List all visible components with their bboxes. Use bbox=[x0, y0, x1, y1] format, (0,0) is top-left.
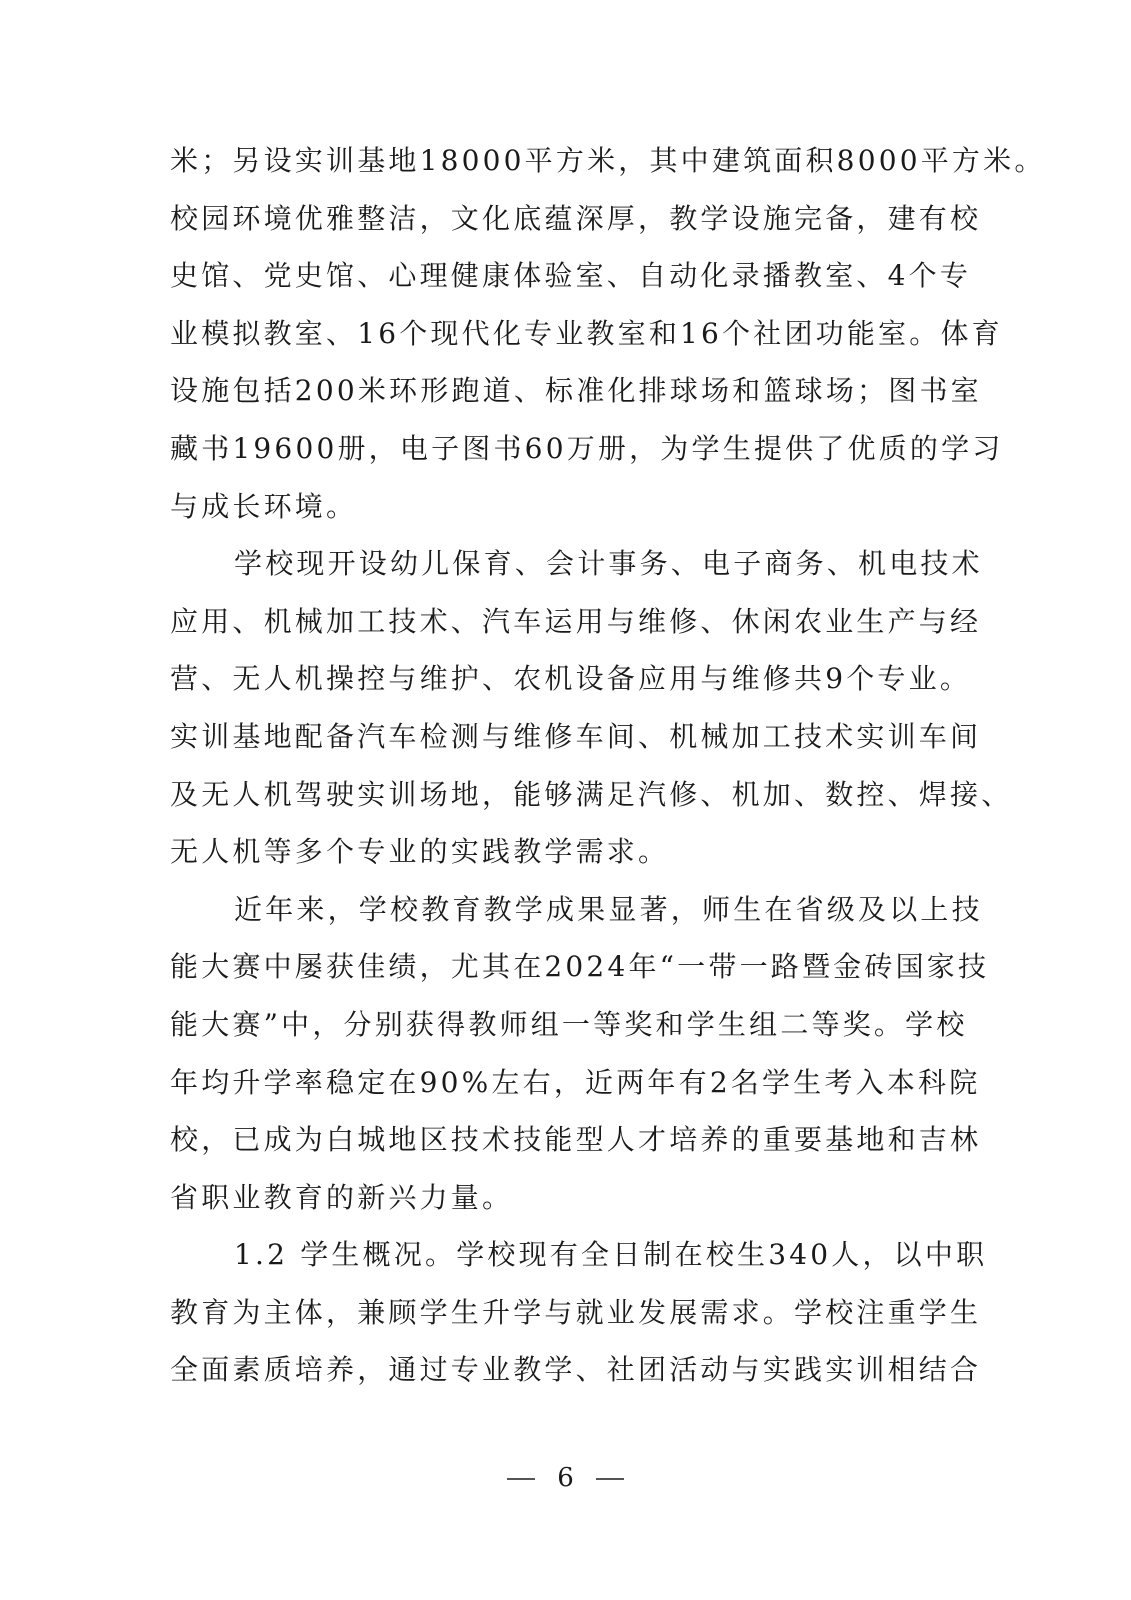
dash-right-icon bbox=[596, 1478, 624, 1480]
text-line: 年均升学率稳定在90%左右，近两年有2名学生考入本科院 bbox=[170, 1054, 942, 1112]
text-line: 史馆、党史馆、心理健康体验室、自动化录播教室、4个专 bbox=[170, 247, 942, 305]
text-line: 校，已成为白城地区技术技能型人才培养的重要基地和吉林 bbox=[170, 1111, 942, 1169]
text-line: 业模拟教室、16个现代化专业教室和16个社团功能室。体育 bbox=[170, 305, 942, 363]
text-line: 能大赛”中，分别获得教师组一等奖和学生组二等奖。学校 bbox=[170, 996, 942, 1054]
text-line: 省职业教育的新兴力量。 bbox=[170, 1169, 942, 1227]
text-line: 设施包括200米环形跑道、标准化排球场和篮球场；图书室 bbox=[170, 362, 942, 420]
dash-left-icon bbox=[507, 1478, 535, 1480]
page-number: 6 bbox=[557, 1463, 574, 1493]
text-line: 应用、机械加工技术、汽车运用与维修、休闲农业生产与经 bbox=[170, 593, 942, 651]
page-footer: 6 bbox=[0, 1458, 1131, 1498]
section-heading-line: 1.2 学生概况。学校现有全日制在校生340人，以中职 bbox=[170, 1226, 942, 1284]
paragraph-students: 1.2 学生概况。学校现有全日制在校生340人，以中职 教育为主体，兼顾学生升学… bbox=[170, 1226, 942, 1399]
text-line: 与成长环境。 bbox=[170, 478, 942, 536]
text-line: 实训基地配备汽车检测与维修车间、机械加工技术实训车间 bbox=[170, 708, 942, 766]
text-line: 营、无人机操控与维护、农机设备应用与维修共9个专业。 bbox=[170, 650, 942, 708]
text-line: 校园环境优雅整洁，文化底蕴深厚，教学设施完备，建有校 bbox=[170, 190, 942, 248]
text-line: 能大赛中屡获佳绩，尤其在2024年“一带一路暨金砖国家技 bbox=[170, 938, 942, 996]
paragraph-majors: 学校现开设幼儿保育、会计事务、电子商务、机电技术 应用、机械加工技术、汽车运用与… bbox=[170, 535, 942, 881]
text-line: 学校现开设幼儿保育、会计事务、电子商务、机电技术 bbox=[170, 535, 942, 593]
paragraph-facilities: 米；另设实训基地18000平方米，其中建筑面积8000平方米。 校园环境优雅整洁… bbox=[170, 132, 942, 535]
text-line: 米；另设实训基地18000平方米，其中建筑面积8000平方米。 bbox=[170, 132, 942, 190]
text-line: 及无人机驾驶实训场地，能够满足汽修、机加、数控、焊接、 bbox=[170, 766, 942, 824]
text-line: 藏书19600册，电子图书60万册，为学生提供了优质的学习 bbox=[170, 420, 942, 478]
text-line: 全面素质培养，通过专业教学、社团活动与实践实训相结合 bbox=[170, 1341, 942, 1399]
text-line: 教育为主体，兼顾学生升学与就业发展需求。学校注重学生 bbox=[170, 1284, 942, 1342]
document-body: 米；另设实训基地18000平方米，其中建筑面积8000平方米。 校园环境优雅整洁… bbox=[170, 132, 942, 1399]
text-line: 无人机等多个专业的实践教学需求。 bbox=[170, 823, 942, 881]
paragraph-achievements: 近年来，学校教育教学成果显著，师生在省级及以上技 能大赛中屡获佳绩，尤其在202… bbox=[170, 881, 942, 1227]
text-line: 近年来，学校教育教学成果显著，师生在省级及以上技 bbox=[170, 881, 942, 939]
